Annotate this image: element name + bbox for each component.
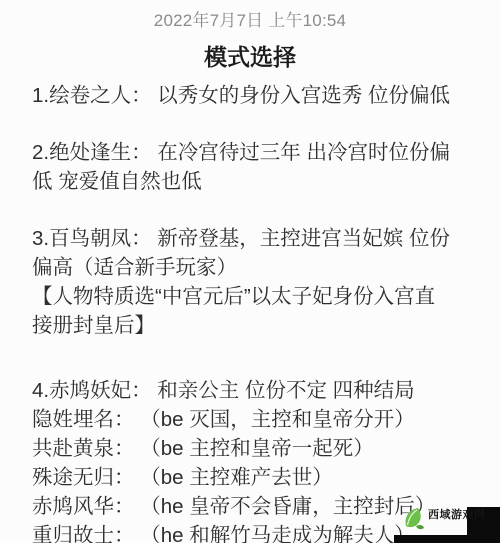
text-line: 4.赤鸠妖妃： 和亲公主 位份不定 四种结局 [32, 376, 472, 405]
watermark-site-name: 西域游戏网 [428, 509, 486, 521]
text-line: 接册封皇后】 [32, 311, 472, 340]
watermark-text-column: 西域游戏网 [428, 505, 486, 523]
text-line: 共赴黄泉： （be 主控和皇帝一起死） [32, 434, 472, 463]
text-line: 3.百鸟朝凤： 新帝登基，主控进宫当妃嫔 位份 [32, 224, 472, 253]
text-line: 低 宠爱值自然也低 [32, 167, 472, 196]
text-line: 殊途无归： （be 主控难产去世） [32, 463, 472, 492]
mode-2-paragraph: 2.绝处逢生： 在冷宫待过三年 出冷宫时位份偏 低 宠爱值自然也低 [32, 138, 472, 196]
leaf-logo-icon [402, 506, 426, 532]
text-line: 偏高（适合新手玩家） [32, 253, 472, 282]
text-line: 隐姓埋名： （be 灭国，主控和皇帝分开） [32, 405, 472, 434]
corner-black-bar [394, 535, 500, 543]
mode-1-paragraph: 1.绘卷之人： 以秀女的身份入宫选秀 位份偏低 [32, 81, 472, 110]
text-line: 1.绘卷之人： 以秀女的身份入宫选秀 位份偏低 [32, 81, 472, 110]
notes-page: 2022年7月7日 上午10:54 模式选择 1.绘卷之人： 以秀女的身份入宫选… [0, 0, 500, 543]
mode-3-paragraph: 3.百鸟朝凤： 新帝登基，主控进宫当妃嫔 位份 偏高（适合新手玩家） 【人物特质… [32, 224, 472, 340]
watermark: 西域游戏网 [402, 505, 486, 532]
page-title: 模式选择 [0, 39, 500, 72]
text-line: 【人物特质选“中宫元后”以太子妃身份入宫直 [32, 282, 472, 311]
text-line: 2.绝处逢生： 在冷宫待过三年 出冷宫时位份偏 [32, 138, 472, 167]
note-body: 1.绘卷之人： 以秀女的身份入宫选秀 位份偏低 2.绝处逢生： 在冷宫待过三年 … [0, 81, 500, 543]
note-timestamp: 2022年7月7日 上午10:54 [0, 0, 500, 31]
